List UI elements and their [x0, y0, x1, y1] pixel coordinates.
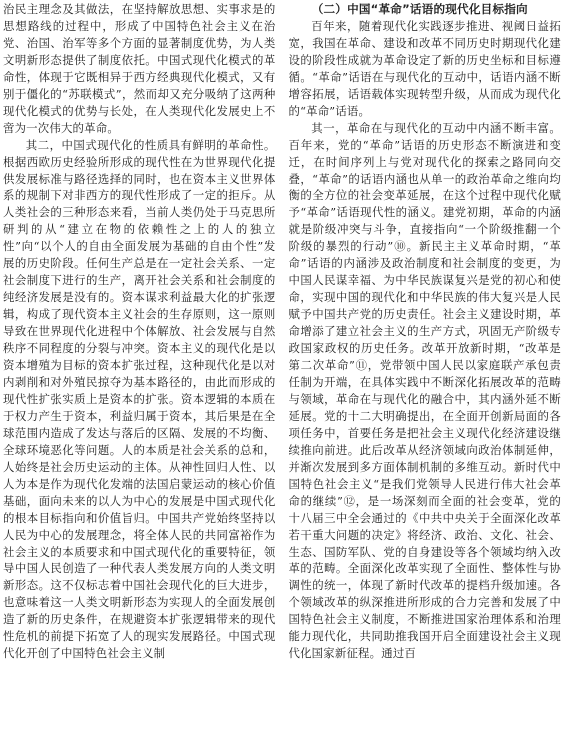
paragraph: 治民主理念及其做法，在坚持解放思想、实事求是的思想路线的过程中，形成了中国特色社… [3, 1, 276, 137]
paragraph: 百年来，随着现代化实践逐步推进、视阈日益拓宽，我国在革命、建设和改革不同历史时期… [289, 18, 562, 120]
document-page: 治民主理念及其做法，在坚持解放思想、实事求是的思想路线的过程中，形成了中国特色社… [0, 0, 564, 731]
paragraph: 其二，中国式现代化的性质具有鲜明的革命性。根据西欧历史经验所形成的现代性在为世界… [3, 137, 276, 663]
left-column: 治民主理念及其做法，在坚持解放思想、实事求是的思想路线的过程中，形成了中国特色社… [3, 1, 276, 729]
section-heading: （二）中国“革命”话语的现代化目标指向 [289, 1, 562, 18]
paragraph: 其一，革命在与现代化的互动中内涵不断丰富。百年来，党的“革命”话语的历史形态不断… [289, 120, 562, 663]
right-column: （二）中国“革命”话语的现代化目标指向百年来，随着现代化实践逐步推进、视阈日益拓… [289, 1, 562, 729]
